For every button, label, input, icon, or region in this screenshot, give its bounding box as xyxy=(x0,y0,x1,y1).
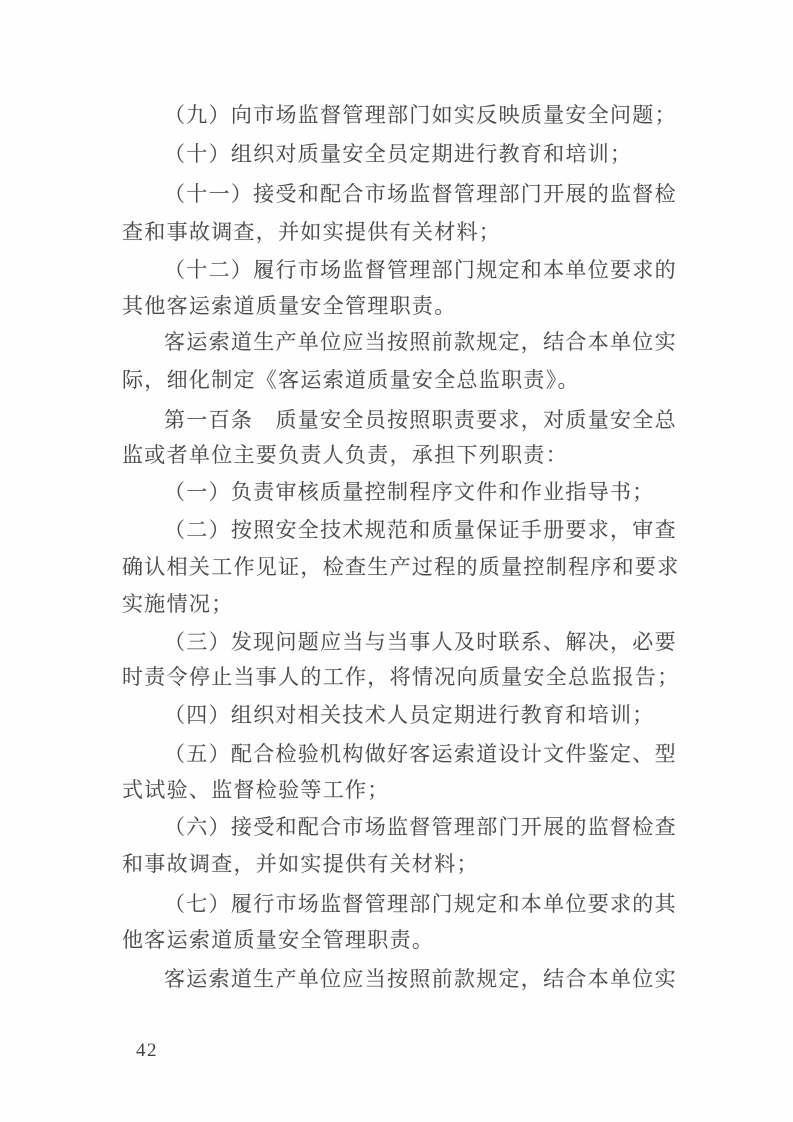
text-line: 时责令停止当事人的工作，将情况向质量安全总监报告； xyxy=(122,665,680,690)
text-line: （五）配合检验机构做好客运索道设计文件鉴定、型 xyxy=(164,742,677,767)
text-line: 第一百条 质量安全员按照职责要求，对质量安全总 xyxy=(164,408,677,433)
text-line: 客运索道生产单位应当按照前款规定，结合本单位实 xyxy=(164,330,677,355)
text-line: 实施情况； xyxy=(122,592,234,617)
text-line: 其他客运索道质量安全管理职责。 xyxy=(122,294,457,319)
text-line: 和事故调查，并如实提供有关材料； xyxy=(122,852,479,877)
text-line: （十一）接受和配合市场监督管理部门开展的监督检 xyxy=(164,182,677,207)
text-line: （七）履行市场监督管理部门规定和本单位要求的其 xyxy=(164,892,677,917)
text-line: （二）按照安全技术规范和质量保证手册要求，审查 xyxy=(164,518,677,543)
text-line: （三）发现问题应当与当事人及时联系、解决，必要 xyxy=(164,630,677,655)
page-number: 42 xyxy=(136,1040,158,1062)
text-line: （十）组织对质量安全员定期进行教育和培训； xyxy=(164,142,632,167)
text-line: 确认相关工作见证，检查生产过程的质量控制程序和要求 xyxy=(122,555,680,580)
text-line: 客运索道生产单位应当按照前款规定，结合本单位实 xyxy=(164,967,677,992)
text-line: （一）负责审核质量控制程序文件和作业指导书； xyxy=(164,480,655,505)
text-line: 式试验、监督检验等工作； xyxy=(122,778,390,803)
text-line: （十二）履行市场监督管理部门规定和本单位要求的 xyxy=(164,258,677,283)
text-line: 监或者单位主要负责人负责，承担下列职责： xyxy=(122,443,568,468)
document-page: （九）向市场监督管理部门如实反映质量安全问题； （十）组织对质量安全员定期进行教… xyxy=(0,0,793,1122)
text-line: （六）接受和配合市场监督管理部门开展的监督检查 xyxy=(164,815,677,840)
text-line: （四）组织对相关技术人员定期进行教育和培训； xyxy=(164,703,655,728)
text-line: 他客运索道质量安全管理职责。 xyxy=(122,928,434,953)
text-line: 际，细化制定《客运索道质量安全总监职责》。 xyxy=(122,368,580,393)
text-line: 查和事故调查，并如实提供有关材料； xyxy=(122,220,501,245)
text-line: （九）向市场监督管理部门如实反映质量安全问题； xyxy=(164,103,677,128)
